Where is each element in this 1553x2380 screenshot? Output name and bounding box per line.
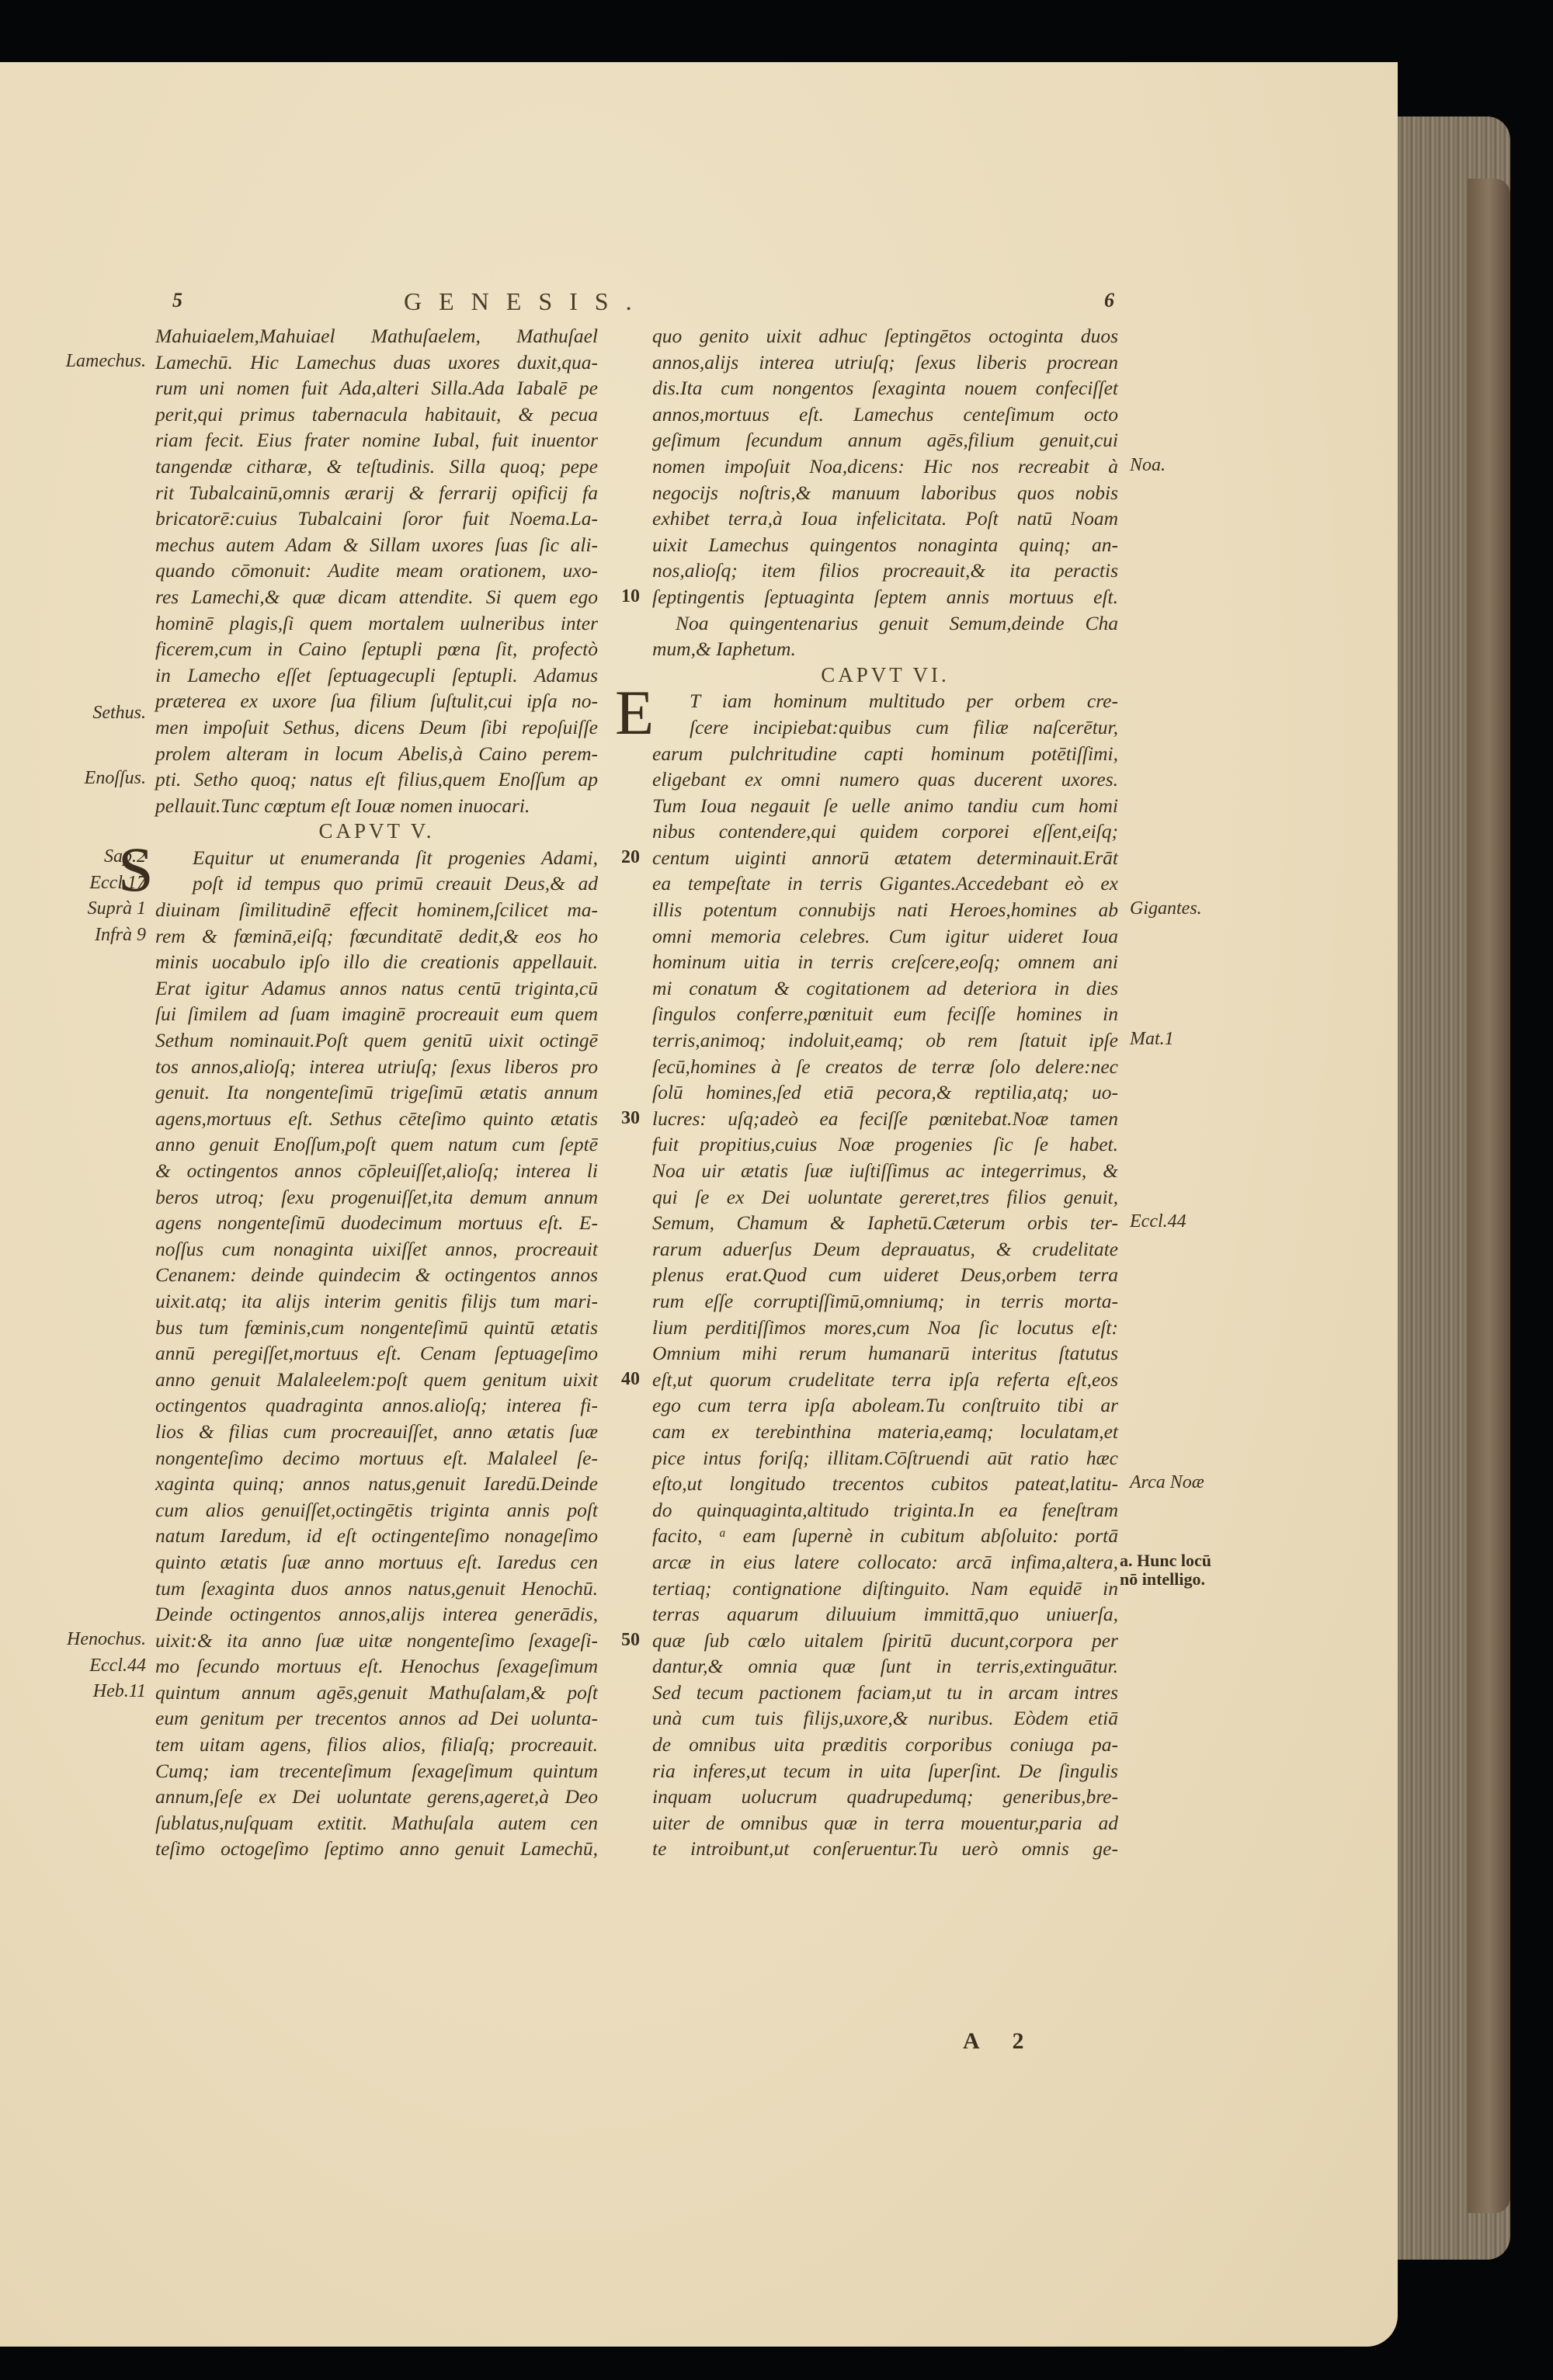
text-line: uixit:& ita anno ſuæ uitæ nongenteſimo ſ…: [155, 1628, 598, 1654]
text-line: diuinam ſimilitudinē effecit hominem,ſci…: [155, 897, 598, 923]
text-line: facito, ᵃ eam ſupernè in cubitum abſolui…: [652, 1523, 1118, 1549]
text-line: anno genuit Malaleelem:poſt quem genitum…: [155, 1367, 598, 1393]
text-line: T iam hominum multitudo per orbem cre-E: [652, 688, 1118, 714]
line-number: 50: [621, 1630, 640, 1651]
text-line: annos,mortuus eſt. Lamechus centeſimum o…: [652, 401, 1118, 428]
text-line: minis uocabulo ipſo illo die creationis …: [155, 949, 598, 975]
page-header: 5 GENESIS. 6: [0, 289, 1398, 320]
text-line: terris,animoq; indoluit,eamq; ob rem ſta…: [652, 1027, 1118, 1054]
text-line: nibus contendere,qui quidem corporei eſſ…: [652, 818, 1118, 845]
text-line: Sethum nominauit.Poſt quem genitū uixit …: [155, 1027, 598, 1054]
text-line: riam fecit. Eius frater nomine Iubal, fu…: [155, 427, 598, 453]
text-line: & octingentos annos cōpleuiſſet,alioſq; …: [155, 1158, 598, 1184]
text-line: poſt id tempus quo primū creauit Deus,& …: [155, 870, 598, 897]
text-line: cam ex terebinthina materia,eamq; locula…: [652, 1419, 1118, 1445]
text-line: te introibunt,ut conſeruentur.Tu uerò om…: [652, 1836, 1118, 1862]
margin-note-left: Sap.2: [104, 846, 146, 867]
text-line: res Lamechi,& quæ dicam attendite. Si qu…: [155, 584, 598, 610]
text-line: men impoſuit Sethus, dicens Deum ſibi re…: [155, 714, 598, 741]
text-line: teſimo octogeſimo ſeptimo anno genuit La…: [155, 1836, 598, 1862]
margin-note-left: Lamechus.: [66, 351, 146, 372]
margin-note-left: Eccl.44: [89, 1656, 146, 1676]
text-line: earum pulchritudine capti hominum potēti…: [652, 741, 1118, 767]
margin-note-right: nō intelligo.: [1120, 1569, 1205, 1590]
drop-cap-initial: E: [615, 685, 654, 741]
text-line: Noa quingentenarius genuit Semum,deinde …: [652, 610, 1118, 637]
line-number: 20: [621, 847, 640, 868]
text-line: mechus autem Adam & Sillam uxores ſuas ſ…: [155, 532, 598, 558]
text-line: exhibet terra,à Ioua infelicitata. Poſt …: [652, 506, 1118, 532]
margin-note-right: Eccl.44: [1130, 1211, 1186, 1232]
text-line: beros utroq; ſexu progenuiſſet,ita demum…: [155, 1184, 598, 1211]
text-line: Tum Ioua negauit ſe uelle animo tandiu c…: [652, 793, 1118, 819]
text-line: annum,ſeſe ex Dei uoluntate gerens,agere…: [155, 1784, 598, 1810]
text-line: ſcere incipiebat:quibus cum filiæ naſcer…: [652, 714, 1118, 741]
text-line: illis potentum connubijs nati Heroes,hom…: [652, 897, 1118, 923]
chapter-heading: CAPVT VI.: [652, 662, 1118, 689]
margin-note-left: Infrà 9: [95, 925, 146, 946]
text-line: unà cum tuis filijs,uxore,& nuribus. Eòd…: [652, 1705, 1118, 1732]
text-line: ſeptingentis ſeptuaginta ſeptem annis mo…: [652, 584, 1118, 610]
text-line: pellauit.Tunc cœptum eſt Iouæ nomen inuo…: [155, 793, 598, 819]
margin-note-left: Suprà 1: [88, 898, 146, 919]
text-line: rum uni nomen fuit Ada,alteri Silla.Ada …: [155, 375, 598, 401]
text-line: Omnium mihi rerum humanarū interitus ſta…: [652, 1340, 1118, 1367]
text-line: omni memoria celebres. Cum igitur uidere…: [652, 923, 1118, 950]
text-line: inquam uolucrum quadrupedumq; generibus,…: [652, 1784, 1118, 1810]
text-line: qui ſe ex Dei uoluntate gereret,tres fil…: [652, 1184, 1118, 1211]
text-line: agens,mortuus eſt. Sethus cēteſimo quint…: [155, 1106, 598, 1132]
text-line: pice intus foriſq; illitam.Cōſtruendi aū…: [652, 1445, 1118, 1471]
text-line: mi conatum & cogitationem ad deteriora i…: [652, 975, 1118, 1002]
text-line: bricatorē:cuius Tubalcaini ſoror fuit No…: [155, 506, 598, 532]
text-line: nongenteſimo decimo mortuus eſt. Malalee…: [155, 1445, 598, 1471]
text-line: eſt,ut quorum crudelitate terra ipſa ref…: [652, 1367, 1118, 1393]
text-line: Noa uir ætatis ſuæ iuſtiſſimus ac intege…: [652, 1158, 1118, 1184]
text-line: tum ſexaginta duos annos natus,genuit He…: [155, 1576, 598, 1602]
margin-note-right: Noa.: [1130, 455, 1166, 476]
text-line: tem uitam agens, filios alios, filiaſq; …: [155, 1732, 598, 1758]
left-text-column: Mahuiaelem,Mahuiael Mathuſaelem, Mathuſa…: [155, 323, 598, 1862]
margin-note-right: Gigantes.: [1130, 898, 1202, 919]
text-line: dantur,& omnia quæ ſunt in terris,exting…: [652, 1653, 1118, 1680]
text-line: uixit.atq; ita alijs interim genitis fil…: [155, 1288, 598, 1315]
text-line: ficerem,cum in Caino ſeptupli pœna ſit, …: [155, 636, 598, 662]
text-line: uixit Lamechus quingentos nonaginta quin…: [652, 532, 1118, 558]
text-line: lios & filias cum procreauiſſet, anno æt…: [155, 1419, 598, 1445]
text-line: tos annos,alioſq; interea utriuſq; ſexus…: [155, 1054, 598, 1080]
text-line: eſto,ut longitudo trecentos cubitos pate…: [652, 1471, 1118, 1497]
text-line: pti. Setho quoq; natus eſt filius,quem E…: [155, 766, 598, 793]
text-line: terras aquarum diluuium immittā,quo uniu…: [652, 1601, 1118, 1628]
text-line: tangendæ citharæ, & teſtudinis. Silla qu…: [155, 453, 598, 480]
book-cover-edge: [1468, 179, 1510, 2213]
text-line: Erat igitur Adamus annos natus centū tri…: [155, 975, 598, 1002]
text-line: ego cum terra ipſa aboleam.Tu conſtruito…: [652, 1392, 1118, 1419]
text-line: rum eſſe corruptiſſimū,omniumq; in terri…: [652, 1288, 1118, 1315]
text-line: quo genito uixit adhuc ſeptingētos octog…: [652, 323, 1118, 349]
text-line: rit Tubalcainū,omnis ærarij & ferrarij o…: [155, 480, 598, 506]
text-line: quintum annum agēs,genuit Mathuſalam,& p…: [155, 1680, 598, 1706]
text-line: ea tempeſtate in terris Gigantes.Accedeb…: [652, 870, 1118, 897]
text-line: natum Iaredum, id eſt octingenteſimo non…: [155, 1523, 598, 1549]
text-line: rem & fœminā,eiſq; fœcunditatē dedit,& e…: [155, 923, 598, 950]
text-line: præterea ex uxore ſua filium ſuſtulit,cu…: [155, 688, 598, 714]
text-line: genuit. Ita nongenteſimū trigeſimū ætati…: [155, 1079, 598, 1106]
text-line: Equitur ut enumeranda ſit progenies Adam…: [155, 845, 598, 871]
text-line: in Lamecho eſſet ſeptuagecupli ſeptupli.…: [155, 662, 598, 689]
text-line: ſublatus,nuſquam extitit. Mathuſala aute…: [155, 1810, 598, 1836]
text-line: Mahuiaelem,Mahuiael Mathuſaelem, Mathuſa…: [155, 323, 598, 349]
text-line: hominum uitia in terris creſcere,eoſq; o…: [652, 949, 1118, 975]
text-line: quinto ætatis ſuæ anno mortuus eſt. Iare…: [155, 1549, 598, 1576]
text-line: de omnibus uita præditis corporibus coni…: [652, 1732, 1118, 1758]
text-line: Deinde octingentos annos,alijs interea g…: [155, 1601, 598, 1628]
text-line: negocijs noſtris,& manuum laboribus quos…: [652, 480, 1118, 506]
signature-mark: A 2: [963, 2028, 1038, 2055]
margin-note-right: a. Hunc locū: [1120, 1551, 1211, 1571]
folio-right: 6: [1104, 289, 1114, 312]
text-line: plenus erat.Quod cum uideret Deus,orbem …: [652, 1262, 1118, 1288]
text-line: nomen impoſuit Noa,dicens: Hic nos recre…: [652, 453, 1118, 480]
text-line: annos,alijs interea utriuſq; ſexus liber…: [652, 349, 1118, 376]
text-line: noſſus cum nonaginta uixiſſet annos, pro…: [155, 1236, 598, 1263]
text-line: perit,qui primus tabernacula habitauit, …: [155, 401, 598, 428]
text-line: Semum, Chamum & Iaphetū.Cæterum orbis te…: [652, 1210, 1118, 1236]
text-line: tertiaq; contignatione diſtinguito. Nam …: [652, 1576, 1118, 1602]
line-number: 30: [621, 1108, 640, 1129]
text-line: bus tum fœminis,cum nongenteſimū quintū …: [155, 1315, 598, 1341]
text-line: nos,alioſq; item filios procreauit,& ita…: [652, 558, 1118, 584]
right-text-column: quo genito uixit adhuc ſeptingētos octog…: [652, 323, 1118, 1862]
folio-left: 5: [172, 289, 182, 312]
running-title: GENESIS.: [404, 287, 649, 316]
text-line: lucres: uſq;adeò ea feciſſe pœnitebat.No…: [652, 1106, 1118, 1132]
text-line: do quinquaginta,altitudo triginta.In ea …: [652, 1497, 1118, 1524]
text-line: agens nongenteſimū duodecimum mortuus eſ…: [155, 1210, 598, 1236]
text-line: ſecū,homines à ſe creatos de terræ ſolo …: [652, 1054, 1118, 1080]
text-line: ſolū homines,ſed etiā pecora,& reptilia,…: [652, 1079, 1118, 1106]
text-line: hominē plagis,ſi quem mortalem uulneribu…: [155, 610, 598, 637]
text-line: eligebant ex omni numero quas ducerent u…: [652, 766, 1118, 793]
line-number: 10: [621, 586, 640, 607]
text-line: ria inferes,ut tecum in uita ſuperſint. …: [652, 1758, 1118, 1784]
text-line: dis.Ita cum nongentos ſexaginta nouem co…: [652, 375, 1118, 401]
text-line: Lamechū. Hic Lamechus duas uxores duxit,…: [155, 349, 598, 376]
margin-note-left: Enoſſus.: [85, 768, 146, 789]
text-line: arcæ in eius latere collocato: arcā infi…: [652, 1549, 1118, 1576]
text-line: anno genuit Enoſſum,poſt quem natum cum …: [155, 1131, 598, 1158]
text-line: lium perditiſſimos mores,cum Noa ſic loc…: [652, 1315, 1118, 1341]
text-line: mum,& Iaphetum.: [652, 636, 1118, 662]
margin-note-left: Eccl.17: [89, 873, 146, 894]
text-line: centum uiginti annorū ætatem determinaui…: [652, 845, 1118, 871]
text-line: rarum aduerſus Deum deprauatus, & crudel…: [652, 1236, 1118, 1263]
text-line: quæ ſub cœlo uitalem ſpiritū ducunt,corp…: [652, 1628, 1118, 1654]
text-line: prolem alteram in locum Abelis,à Caino p…: [155, 741, 598, 767]
text-line: eum genitum per trecentos annos ad Dei u…: [155, 1705, 598, 1732]
text-line: mo ſecundo mortuus eſt. Henochus ſexageſ…: [155, 1653, 598, 1680]
margin-note-left: Henochus.: [67, 1629, 146, 1650]
text-line: Cumq; iam trecenteſimum ſexageſimum quin…: [155, 1758, 598, 1784]
chapter-heading: CAPVT V.: [155, 818, 598, 845]
text-line: ſingulos conferre,pœnituit eum feciſſe h…: [652, 1001, 1118, 1027]
text-line: geſimum ſecundum annum agēs,filium genui…: [652, 427, 1118, 453]
margin-note-left: Sethus.: [92, 703, 146, 724]
text-line: uiter de omnibus quæ in terra mouentur,p…: [652, 1810, 1118, 1836]
margin-note-right: Mat.1: [1130, 1029, 1174, 1050]
margin-note-right: Arca Noæ: [1130, 1472, 1204, 1493]
text-line: Sed tecum pactionem faciam,ut tu in arca…: [652, 1680, 1118, 1706]
margin-note-left: Heb.11: [93, 1681, 146, 1702]
text-line: annū peregiſſet,mortuus eſt. Cenam ſeptu…: [155, 1340, 598, 1367]
text-line: Cenanem: deinde quindecim & octingentos …: [155, 1262, 598, 1288]
text-line: xaginta quinq; annos natus,genuit Iaredū…: [155, 1471, 598, 1497]
text-line: fuit propitius,cuius Noæ progenies ſic ſ…: [652, 1131, 1118, 1158]
text-line: quando cōmonuit: Audite meam orationem, …: [155, 558, 598, 584]
text-line: cum alios genuiſſet,octingētis triginta …: [155, 1497, 598, 1524]
text-line: ſui ſimilem ad ſuam imaginē procreauit e…: [155, 1001, 598, 1027]
line-number: 40: [621, 1369, 640, 1390]
text-line: octingentos quadraginta annos.alioſq; in…: [155, 1392, 598, 1419]
